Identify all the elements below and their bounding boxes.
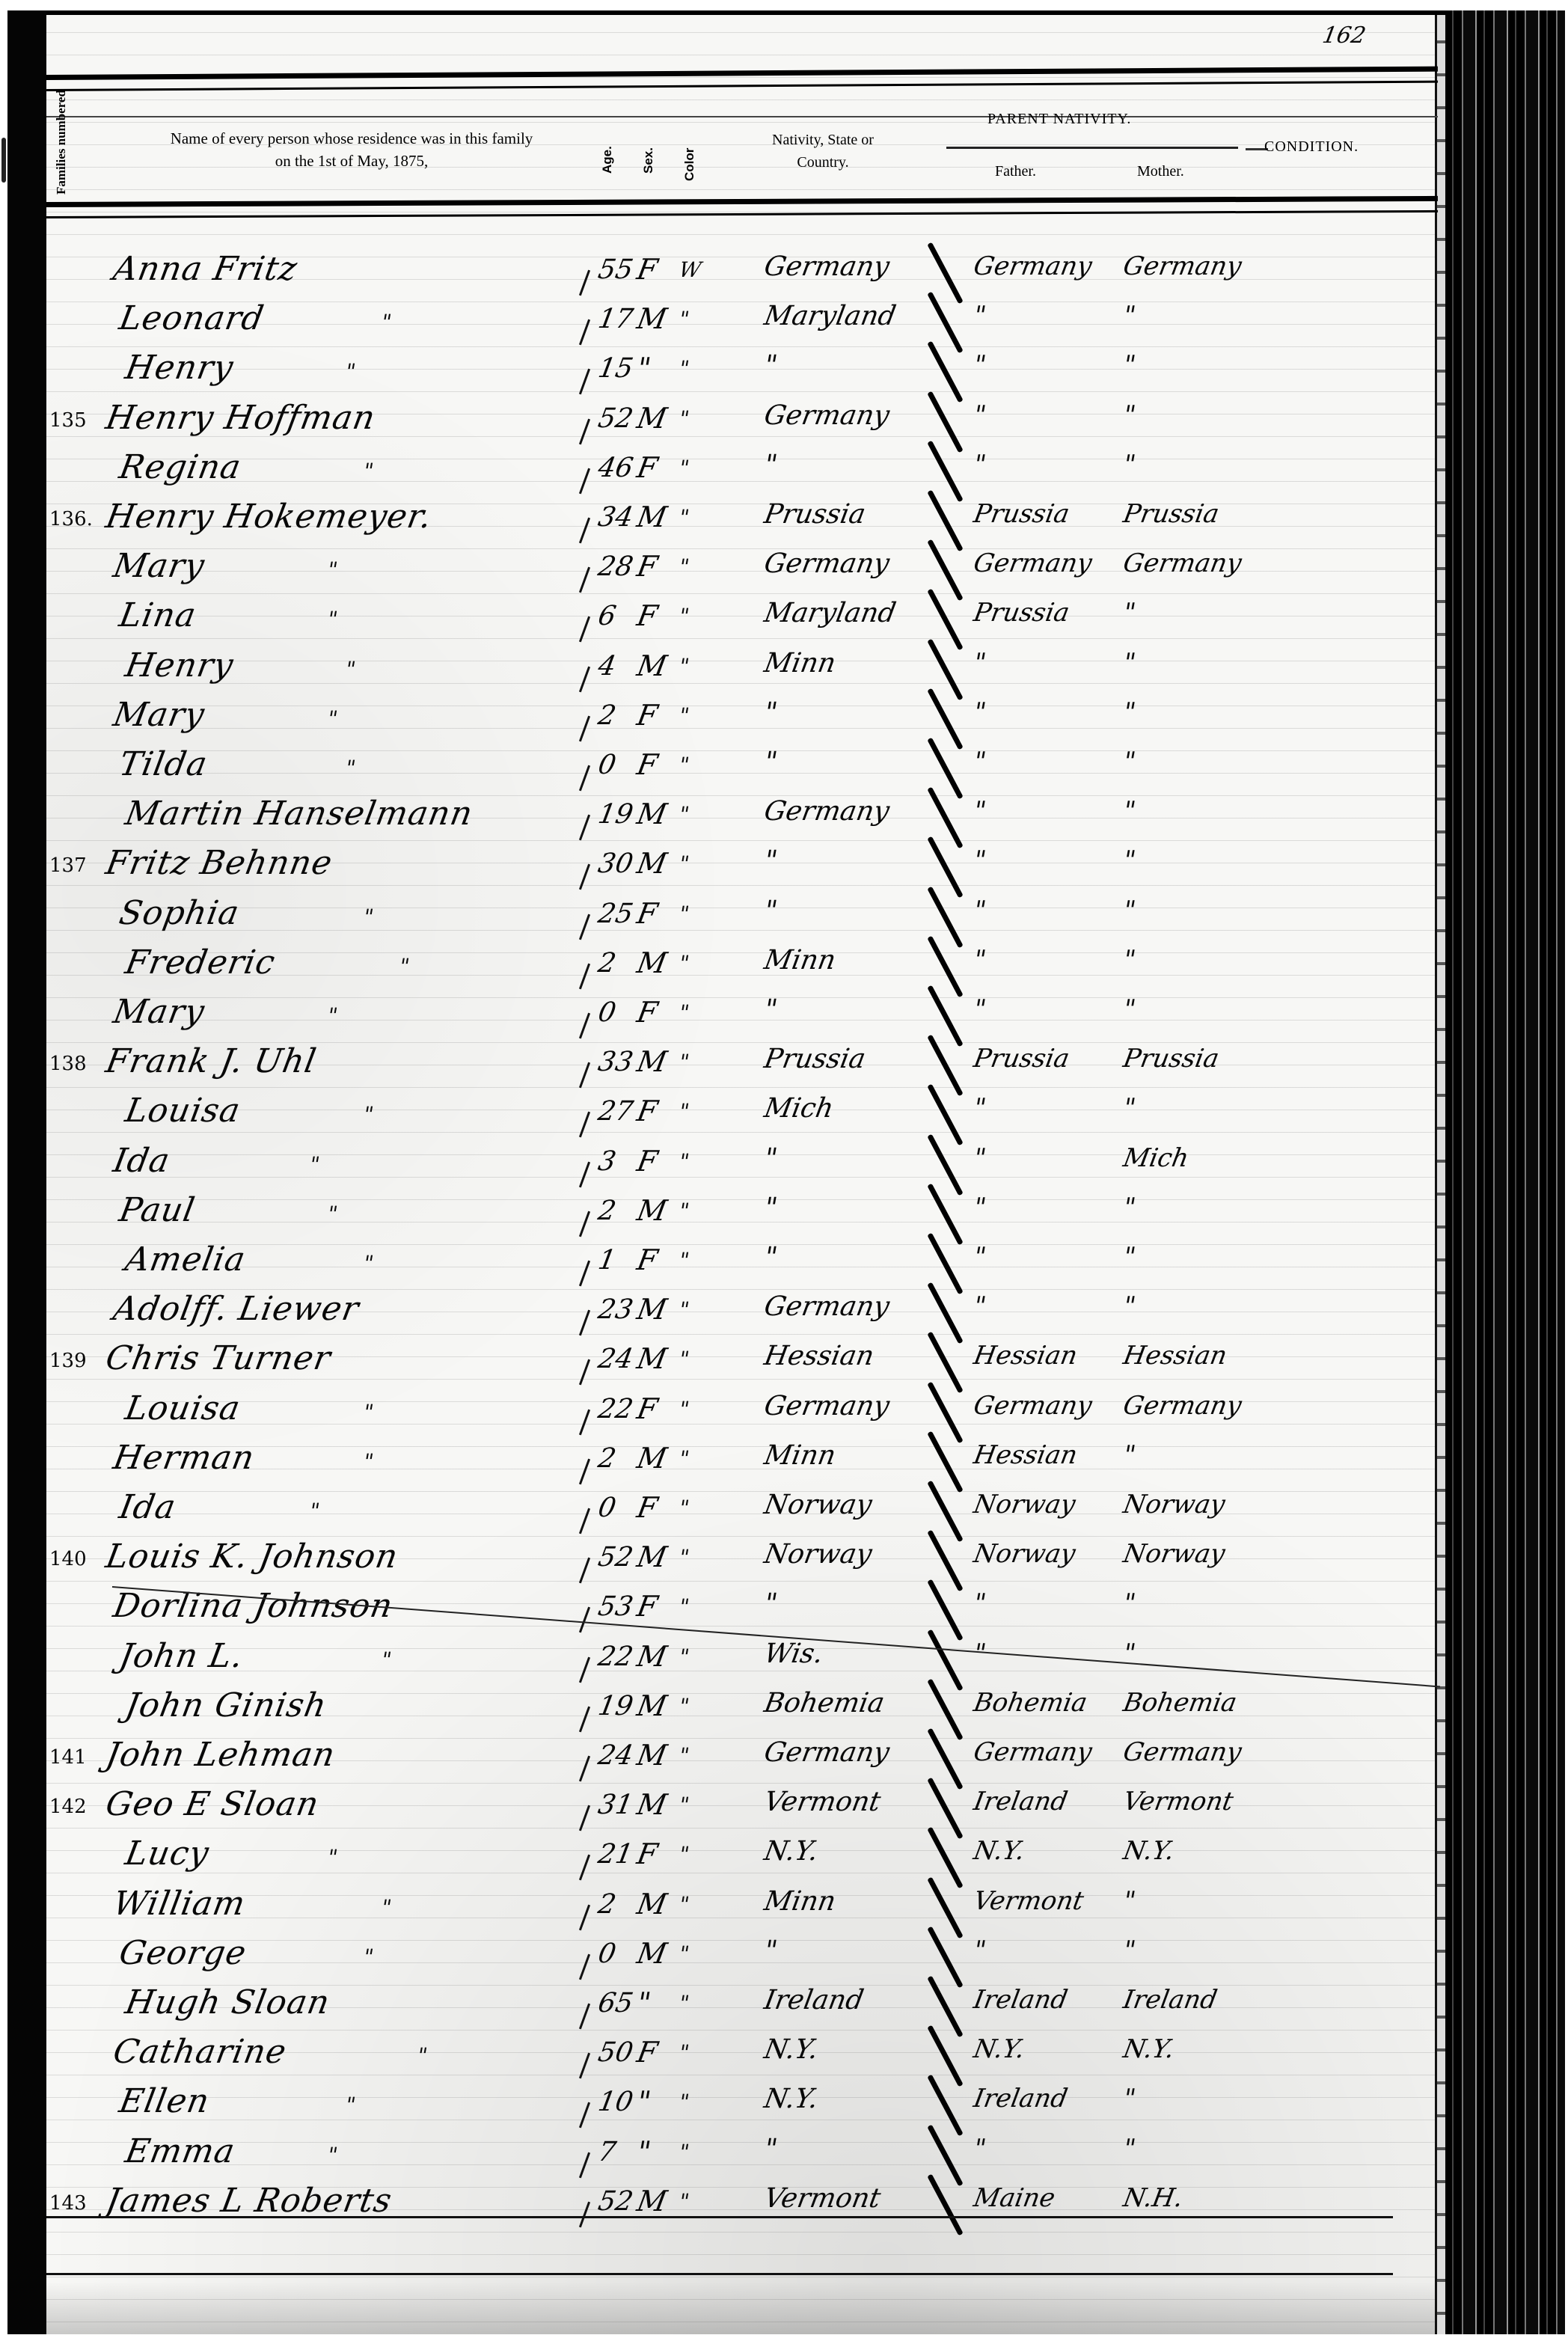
color-value: " xyxy=(677,1644,691,1669)
nativity-value: Minn xyxy=(762,648,838,679)
header-sex: Sex. xyxy=(641,127,664,180)
color-value: " xyxy=(677,1594,691,1619)
nativity-value: Maryland xyxy=(762,598,898,628)
age-value: 2 xyxy=(595,700,618,731)
age-value: 19 xyxy=(595,1691,635,1722)
scan-left-edge xyxy=(7,10,46,2334)
nativity-value: Germany xyxy=(762,1737,892,1768)
father-nativity-value: Bohemia xyxy=(971,1688,1089,1718)
father-nativity-value: " xyxy=(971,945,988,975)
sex-value: M xyxy=(634,1442,670,1475)
census-row: Tilda"0F"""" xyxy=(46,742,1445,792)
family-number: 139 xyxy=(49,1350,87,1372)
sex-value: M xyxy=(634,1888,670,1921)
census-row: 141John Lehman24M"GermanyGermanyGermany xyxy=(46,1733,1445,1782)
age-value: 2 xyxy=(595,948,618,979)
sex-value: M xyxy=(634,1739,670,1772)
surname-ditto-mark: " xyxy=(325,607,340,631)
sex-value: M xyxy=(634,946,670,979)
nativity-value: " xyxy=(762,896,780,926)
sex-value: M xyxy=(634,1342,670,1375)
father-nativity-value: Ireland xyxy=(971,1787,1070,1817)
father-nativity-value: Germany xyxy=(971,1391,1094,1421)
mother-nativity-value: " xyxy=(1121,1193,1138,1222)
census-row: Henry"4M"Minn"" xyxy=(46,643,1445,693)
nativity-value: " xyxy=(762,450,780,480)
father-nativity-value: Germany xyxy=(971,251,1094,281)
sex-value: M xyxy=(634,1045,670,1078)
family-number: 141 xyxy=(49,1746,87,1769)
age-value: 19 xyxy=(595,799,635,830)
underline-rule xyxy=(46,2273,1393,2275)
color-value: " xyxy=(677,753,691,777)
sex-value: " xyxy=(634,352,653,385)
age-value: 1 xyxy=(595,1245,618,1276)
page-number: 162 xyxy=(1320,22,1368,49)
nativity-value: " xyxy=(762,1143,780,1174)
sex-value: F xyxy=(634,897,660,930)
color-value: " xyxy=(677,356,691,381)
person-name: Herman xyxy=(111,1439,258,1477)
separator-mark xyxy=(579,1211,590,1237)
color-value: " xyxy=(677,1099,691,1124)
sex-value: M xyxy=(634,1293,670,1326)
surname-ditto-mark: " xyxy=(361,1400,376,1425)
father-nativity-value: " xyxy=(971,1143,988,1173)
header-name-line2: on the 1st of May, 1875, xyxy=(112,150,591,172)
mother-nativity-value: N.H. xyxy=(1121,2183,1185,2213)
sex-value: F xyxy=(634,599,660,632)
father-nativity-value: " xyxy=(971,896,988,925)
separator-mark xyxy=(579,963,590,989)
person-name: William xyxy=(111,1885,249,1923)
nativity-value: Minn xyxy=(762,1440,838,1471)
separator-mark xyxy=(579,1112,590,1138)
family-number: 142 xyxy=(49,1796,87,1818)
mother-nativity-value: Mich xyxy=(1121,1143,1191,1173)
color-value: " xyxy=(677,703,691,728)
nativity-value: Norway xyxy=(762,1490,874,1520)
sex-value: F xyxy=(634,1095,660,1127)
father-nativity-value: Ireland xyxy=(971,1985,1070,2015)
father-nativity-value: Hessian xyxy=(971,1440,1079,1470)
person-name: Martin Hanselmann xyxy=(123,795,477,833)
age-value: 2 xyxy=(595,1889,618,1920)
surname-ditto-mark: " xyxy=(379,310,393,334)
color-value: " xyxy=(677,851,691,876)
person-name: Regina xyxy=(117,448,245,486)
separator-mark xyxy=(579,1013,590,1039)
father-nativity-value: " xyxy=(971,350,988,380)
nativity-value: " xyxy=(762,845,780,876)
header-mother: Mother. xyxy=(1137,163,1184,180)
census-row: Herman"2M"MinnHessian" xyxy=(46,1436,1445,1485)
nativity-value: " xyxy=(762,697,780,728)
separator-mark xyxy=(579,765,590,792)
person-name: Tilda xyxy=(117,745,211,783)
nativity-value: N.Y. xyxy=(762,2084,820,2114)
father-nativity-value: " xyxy=(971,697,988,727)
separator-mark xyxy=(579,1062,590,1089)
age-value: 21 xyxy=(595,1839,635,1870)
census-row: 139Chris Turner24M"HessianHessianHessian xyxy=(46,1336,1445,1386)
age-value: 23 xyxy=(595,1294,635,1325)
person-name: Frederic xyxy=(123,943,279,982)
color-value: " xyxy=(677,307,691,331)
surname-ditto-mark: " xyxy=(343,657,358,682)
person-name: Anna Fritz xyxy=(111,250,301,288)
separator-mark xyxy=(579,1508,590,1534)
header-father: Father. xyxy=(995,163,1036,180)
family-number: 138 xyxy=(49,1053,87,1075)
age-value: 25 xyxy=(595,899,635,929)
mother-nativity-value: " xyxy=(1121,301,1138,331)
separator-mark xyxy=(579,1161,590,1187)
mother-nativity-value: " xyxy=(1121,2084,1138,2114)
person-name: Henry Hokemeyer. xyxy=(103,498,435,536)
person-name: James L Roberts xyxy=(103,2182,396,2220)
color-value: " xyxy=(677,1347,691,1371)
sex-value: F xyxy=(634,1392,660,1425)
nativity-value: Norway xyxy=(762,1539,874,1570)
sex-value: F xyxy=(634,451,660,484)
surname-ditto-mark: " xyxy=(325,2143,340,2167)
separator-mark xyxy=(579,715,590,741)
person-name: Ida xyxy=(117,1488,180,1526)
surname-ditto-mark: " xyxy=(379,1647,393,1672)
sex-value: M xyxy=(634,2185,670,2218)
header-nativity: Nativity, State or Country. xyxy=(741,129,905,174)
color-value: " xyxy=(677,1991,691,2016)
mother-nativity-value: Hessian xyxy=(1121,1341,1229,1371)
age-value: 15 xyxy=(595,353,635,384)
mother-nativity-value: Germany xyxy=(1121,548,1243,578)
person-name: Louis K. Johnson xyxy=(103,1537,402,1576)
mother-nativity-value: " xyxy=(1121,350,1138,380)
color-value: " xyxy=(677,1545,691,1570)
age-value: 65 xyxy=(595,1988,635,2019)
mother-nativity-value: " xyxy=(1121,945,1138,975)
nativity-value: Maryland xyxy=(762,301,898,331)
census-row: Lucy"21F"N.Y.N.Y.N.Y. xyxy=(46,1832,1445,1881)
census-row: 136.Henry Hokemeyer.34M"PrussiaPrussiaPr… xyxy=(46,495,1445,544)
surname-ditto-mark: " xyxy=(307,1152,322,1177)
age-value: 22 xyxy=(595,1394,635,1425)
mother-nativity-value: Prussia xyxy=(1121,1044,1221,1074)
sex-value: F xyxy=(634,2036,660,2069)
surname-ditto-mark: " xyxy=(343,756,358,780)
surname-ditto-mark: " xyxy=(379,1895,393,1920)
age-value: 46 xyxy=(595,453,635,483)
mother-nativity-value: " xyxy=(1121,2134,1138,2164)
family-number: 140 xyxy=(49,1548,87,1570)
census-row: Louisa"22F"GermanyGermanyGermany xyxy=(46,1386,1445,1436)
census-row: Martin Hanselmann19M"Germany"" xyxy=(46,792,1445,841)
census-row: Mary"0F"""" xyxy=(46,990,1445,1039)
census-row: Frederic"2M"Minn"" xyxy=(46,940,1445,990)
color-value: " xyxy=(677,554,691,579)
header-name-line1: Name of every person whose residence was… xyxy=(112,127,591,150)
mother-nativity-value: " xyxy=(1121,648,1138,678)
father-nativity-value: " xyxy=(971,1588,988,1618)
header-name-column: Name of every person whose residence was… xyxy=(112,127,591,172)
person-name: Lina xyxy=(117,596,200,634)
mother-nativity-value: Bohemia xyxy=(1121,1688,1239,1718)
underline-rule xyxy=(46,2216,1393,2218)
sex-value: M xyxy=(634,847,670,880)
color-value: " xyxy=(677,654,691,679)
person-name: Catharine xyxy=(111,2033,290,2071)
person-name: Mary xyxy=(111,696,208,734)
color-value: " xyxy=(677,2040,691,2065)
color-value: " xyxy=(677,1941,691,1966)
mother-nativity-value: " xyxy=(1121,1291,1138,1321)
book-binding xyxy=(1445,10,1565,2334)
father-nativity-value: " xyxy=(971,1242,988,1272)
census-row: 135Henry Hoffman52M"Germany"" xyxy=(46,396,1445,445)
color-value: " xyxy=(677,1199,691,1223)
mother-nativity-value: Prussia xyxy=(1121,499,1221,529)
census-row: Dorlina Johnson53F"""" xyxy=(46,1584,1445,1633)
age-value: 0 xyxy=(595,997,618,1028)
color-value: " xyxy=(677,1496,691,1520)
nativity-value: " xyxy=(762,1588,780,1619)
mother-nativity-value: Norway xyxy=(1121,1490,1227,1520)
separator-mark xyxy=(579,1261,590,1287)
census-row: Paul"2M"""" xyxy=(46,1188,1445,1237)
separator-mark xyxy=(579,1409,590,1435)
nativity-value: Germany xyxy=(762,1391,892,1422)
sex-value: M xyxy=(634,1194,670,1227)
father-nativity-value: Hessian xyxy=(971,1341,1079,1371)
census-row: Regina"46F"""" xyxy=(46,445,1445,495)
person-name: Henry Hoffman xyxy=(103,399,379,437)
age-value: 52 xyxy=(595,1542,635,1573)
mother-nativity-value: Norway xyxy=(1121,1539,1227,1569)
sex-value: M xyxy=(634,302,670,335)
person-name: Louisa xyxy=(123,1389,244,1427)
age-value: 4 xyxy=(595,651,618,682)
tally-tick-mark xyxy=(927,2173,963,2236)
mother-nativity-value: " xyxy=(1121,994,1138,1024)
nativity-value: Vermont xyxy=(762,1787,883,1817)
mother-nativity-value: N.Y. xyxy=(1121,2034,1176,2064)
separator-mark xyxy=(579,666,590,692)
parent-nativity-rule xyxy=(946,147,1238,149)
person-name: Ellen xyxy=(117,2082,213,2120)
census-row: Henry"15""""" xyxy=(46,346,1445,395)
color-value: " xyxy=(677,902,691,926)
surname-ditto-mark: " xyxy=(397,954,411,979)
nativity-value: Germany xyxy=(762,400,892,431)
color-value: " xyxy=(677,1743,691,1768)
sex-value: M xyxy=(634,1937,670,1970)
top-border xyxy=(46,10,1445,15)
separator-mark xyxy=(579,2201,590,2227)
separator-mark xyxy=(579,1458,590,1484)
father-nativity-value: " xyxy=(971,400,988,430)
census-row: Adolff. Liewer23M"Germany"" xyxy=(46,1287,1445,1336)
header-thin-rule xyxy=(46,116,1438,117)
census-row: Lina"6F"MarylandPrussia" xyxy=(46,593,1445,643)
color-value: " xyxy=(677,2090,691,2114)
mother-nativity-value: N.Y. xyxy=(1121,1836,1176,1866)
separator-mark xyxy=(579,369,590,395)
separator-mark xyxy=(579,2152,590,2178)
surname-ditto-mark: " xyxy=(361,905,376,929)
separator-mark xyxy=(579,518,590,544)
nativity-value: Ireland xyxy=(762,1985,866,2016)
person-name: Chris Turner xyxy=(103,1339,334,1377)
person-name: John Lehman xyxy=(103,1736,339,1774)
person-name: John L. xyxy=(117,1637,247,1675)
nativity-value: Germany xyxy=(762,796,892,827)
separator-mark xyxy=(579,2102,590,2129)
sex-value: F xyxy=(634,1491,660,1524)
mother-nativity-value: " xyxy=(1121,1935,1138,1965)
nativity-value: " xyxy=(762,747,780,777)
header-condition: CONDITION. xyxy=(1264,138,1359,156)
person-name: Henry xyxy=(123,349,237,387)
age-value: 30 xyxy=(595,848,635,879)
separator-mark xyxy=(579,864,590,890)
person-name: Henry xyxy=(123,646,237,685)
separator-mark xyxy=(579,1558,590,1584)
age-value: 3 xyxy=(595,1146,618,1177)
age-value: 34 xyxy=(595,502,635,533)
father-nativity-value: Ireland xyxy=(971,2084,1070,2114)
nativity-value: Hessian xyxy=(762,1341,876,1371)
sex-value: M xyxy=(634,1640,670,1673)
age-value: 0 xyxy=(595,750,618,780)
nativity-value: " xyxy=(762,1242,780,1273)
color-value: " xyxy=(677,802,691,827)
sex-value: M xyxy=(634,649,670,682)
person-name: George xyxy=(117,1934,250,1972)
father-nativity-value: Maine xyxy=(971,2183,1057,2213)
person-name: Sophia xyxy=(117,894,242,932)
color-value: W xyxy=(677,257,703,282)
sex-value: F xyxy=(634,1837,660,1870)
nativity-value: Vermont xyxy=(762,2183,883,2214)
mother-nativity-value: " xyxy=(1121,796,1138,826)
surname-ditto-mark: " xyxy=(343,2093,358,2117)
nativity-value: N.Y. xyxy=(762,1836,820,1867)
father-nativity-value: N.Y. xyxy=(971,1836,1026,1866)
sex-value: F xyxy=(634,1243,660,1276)
separator-mark xyxy=(579,2053,590,2079)
mother-nativity-value: Germany xyxy=(1121,251,1243,281)
nativity-value: Germany xyxy=(762,1291,892,1322)
census-row: Ida"3F"""Mich xyxy=(46,1139,1445,1188)
person-name: Dorlina Johnson xyxy=(111,1587,396,1625)
color-value: " xyxy=(677,2140,691,2164)
surname-ditto-mark: " xyxy=(325,706,340,731)
surname-ditto-mark: " xyxy=(361,1102,376,1127)
father-nativity-value: Prussia xyxy=(971,499,1071,529)
separator-mark xyxy=(579,1656,590,1683)
census-row: Mary"28F"GermanyGermanyGermany xyxy=(46,544,1445,593)
family-number: 137 xyxy=(49,854,87,877)
age-value: 33 xyxy=(595,1047,635,1077)
father-nativity-value: N.Y. xyxy=(971,2034,1026,2064)
surname-ditto-mark: " xyxy=(361,1449,376,1474)
color-value: " xyxy=(677,1248,691,1273)
surname-ditto-mark: " xyxy=(307,1499,322,1523)
nativity-value: Minn xyxy=(762,945,838,976)
nativity-value: " xyxy=(762,1193,780,1223)
color-value: " xyxy=(677,1892,691,1917)
header-families-numbered: Families numbered xyxy=(54,112,99,195)
surname-ditto-mark: " xyxy=(325,1202,340,1226)
person-name: Leonard xyxy=(117,299,268,337)
person-name: Amelia xyxy=(123,1240,249,1279)
surname-ditto-mark: " xyxy=(325,1003,340,1028)
age-value: 24 xyxy=(595,1344,635,1374)
age-value: 53 xyxy=(595,1591,635,1622)
census-row: Sophia"25F"""" xyxy=(46,891,1445,940)
sex-value: F xyxy=(634,996,660,1029)
separator-mark xyxy=(579,319,590,346)
age-value: 24 xyxy=(595,1740,635,1771)
census-row: Leonard"17M"Maryland"" xyxy=(46,296,1445,346)
mother-nativity-value: " xyxy=(1121,450,1138,480)
age-value: 31 xyxy=(595,1790,635,1820)
sex-value: M xyxy=(634,1540,670,1573)
father-nativity-value: Prussia xyxy=(971,598,1071,628)
person-name: Louisa xyxy=(123,1092,244,1130)
separator-mark xyxy=(579,1310,590,1336)
person-name: John Ginish xyxy=(123,1686,330,1725)
color-value: " xyxy=(677,505,691,530)
census-row: William"2M"MinnVermont" xyxy=(46,1882,1445,1931)
census-row: Anna Fritz55FWGermanyGermanyGermany xyxy=(46,247,1445,296)
color-value: " xyxy=(677,1446,691,1471)
father-nativity-value: " xyxy=(971,747,988,777)
age-value: 52 xyxy=(595,403,635,434)
family-number: 135 xyxy=(49,409,87,432)
mother-nativity-value: " xyxy=(1121,896,1138,925)
person-name: Hugh Sloan xyxy=(123,1983,333,2022)
sex-value: " xyxy=(634,1986,653,2019)
color-value: " xyxy=(677,1842,691,1867)
sex-value: F xyxy=(634,253,660,286)
mother-nativity-value: " xyxy=(1121,1242,1138,1272)
person-name: Adolff. Liewer xyxy=(111,1290,363,1328)
person-name: Mary xyxy=(111,547,208,585)
age-value: 55 xyxy=(595,254,635,285)
census-row: Amelia"1F"""" xyxy=(46,1237,1445,1287)
nativity-value: Minn xyxy=(762,1886,838,1917)
mother-nativity-value: Germany xyxy=(1121,1391,1243,1421)
color-value: " xyxy=(677,1297,691,1322)
mother-nativity-value: " xyxy=(1121,1093,1138,1123)
father-nativity-value: " xyxy=(971,648,988,678)
mother-nativity-value: Vermont xyxy=(1121,1787,1235,1817)
age-value: 17 xyxy=(595,304,635,334)
separator-mark xyxy=(579,418,590,444)
father-nativity-value: Norway xyxy=(971,1539,1077,1569)
census-row: Louisa"27F"Mich"" xyxy=(46,1089,1445,1138)
mother-nativity-value: Germany xyxy=(1121,1737,1243,1767)
nativity-value: Wis. xyxy=(762,1638,825,1669)
separator-mark xyxy=(579,616,590,643)
header-color: Color xyxy=(682,127,705,180)
nativity-value: " xyxy=(762,994,780,1025)
age-value: 22 xyxy=(595,1641,635,1672)
sex-value: F xyxy=(634,550,660,583)
father-nativity-value: " xyxy=(971,2134,988,2164)
